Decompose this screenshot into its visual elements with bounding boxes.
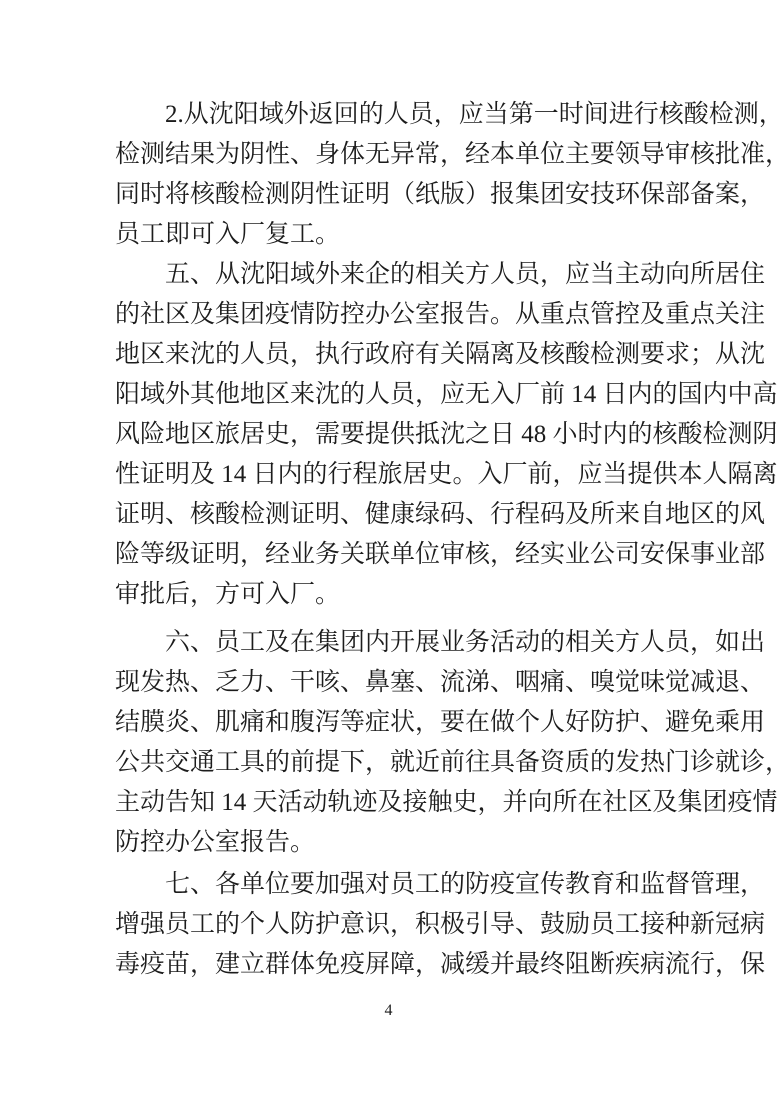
text-line: 七、各单位要加强对员工的防疫宣传教育和监督管理， (115, 865, 685, 905)
text-line: 结膜炎、肌痛和腹泻等症状，要在做个人好防护、避免乘用 (115, 703, 685, 743)
text-line: 毒疫苗，建立群体免疫屏障，减缓并最终阻断疾病流行，保 (115, 945, 685, 985)
text-line: 审批后，方可入厂。 (115, 575, 685, 615)
text-line: 现发热、乏力、干咳、鼻塞、流涕、咽痛、嗅觉味觉减退、 (115, 663, 685, 703)
paragraph: 五、从沈阳域外来企的相关方人员，应当主动向所居住的社区及集团疫情防控办公室报告。… (115, 255, 685, 615)
text-line: 2.从沈阳域外返回的人员，应当第一时间进行核酸检测， (115, 95, 685, 135)
page-footer: 4 (0, 1001, 777, 1021)
paragraph: 七、各单位要加强对员工的防疫宣传教育和监督管理，增强员工的个人防护意识，积极引导… (115, 865, 685, 985)
paragraph: 2.从沈阳域外返回的人员，应当第一时间进行核酸检测，检测结果为阴性、身体无异常，… (115, 95, 685, 255)
text-line: 检测结果为阴性、身体无异常，经本单位主要领导审核批准， (115, 135, 685, 175)
document-body: 2.从沈阳域外返回的人员，应当第一时间进行核酸检测，检测结果为阴性、身体无异常，… (115, 95, 685, 985)
text-line: 六、员工及在集团内开展业务活动的相关方人员，如出 (115, 623, 685, 663)
text-line: 险等级证明，经业务关联单位审核，经实业公司安保事业部 (115, 535, 685, 575)
page-number: 4 (385, 1002, 393, 1019)
text-line: 性证明及 14 日内的行程旅居史。入厂前，应当提供本人隔离 (115, 455, 685, 495)
text-line: 风险地区旅居史，需要提供抵沈之日 48 小时内的核酸检测阴 (115, 415, 685, 455)
text-line: 同时将核酸检测阴性证明（纸版）报集团安技环保部备案， (115, 175, 685, 215)
text-line: 五、从沈阳域外来企的相关方人员，应当主动向所居住 (115, 255, 685, 295)
text-line: 主动告知 14 天活动轨迹及接触史，并向所在社区及集团疫情 (115, 783, 685, 823)
text-line: 地区来沈的人员，执行政府有关隔离及核酸检测要求；从沈 (115, 335, 685, 375)
text-line: 阳域外其他地区来沈的人员，应无入厂前 14 日内的国内中高 (115, 375, 685, 415)
text-line: 增强员工的个人防护意识，积极引导、鼓励员工接种新冠病 (115, 905, 685, 945)
text-line: 证明、核酸检测证明、健康绿码、行程码及所来自地区的风 (115, 495, 685, 535)
text-line: 的社区及集团疫情防控办公室报告。从重点管控及重点关注 (115, 295, 685, 335)
document-page: 2.从沈阳域外返回的人员，应当第一时间进行核酸检测，检测结果为阴性、身体无异常，… (0, 0, 777, 1099)
paragraph: 六、员工及在集团内开展业务活动的相关方人员，如出现发热、乏力、干咳、鼻塞、流涕、… (115, 623, 685, 863)
text-line: 员工即可入厂复工。 (115, 215, 685, 255)
text-line: 公共交通工具的前提下，就近前往具备资质的发热门诊就诊， (115, 743, 685, 783)
text-line: 防控办公室报告。 (115, 823, 685, 863)
